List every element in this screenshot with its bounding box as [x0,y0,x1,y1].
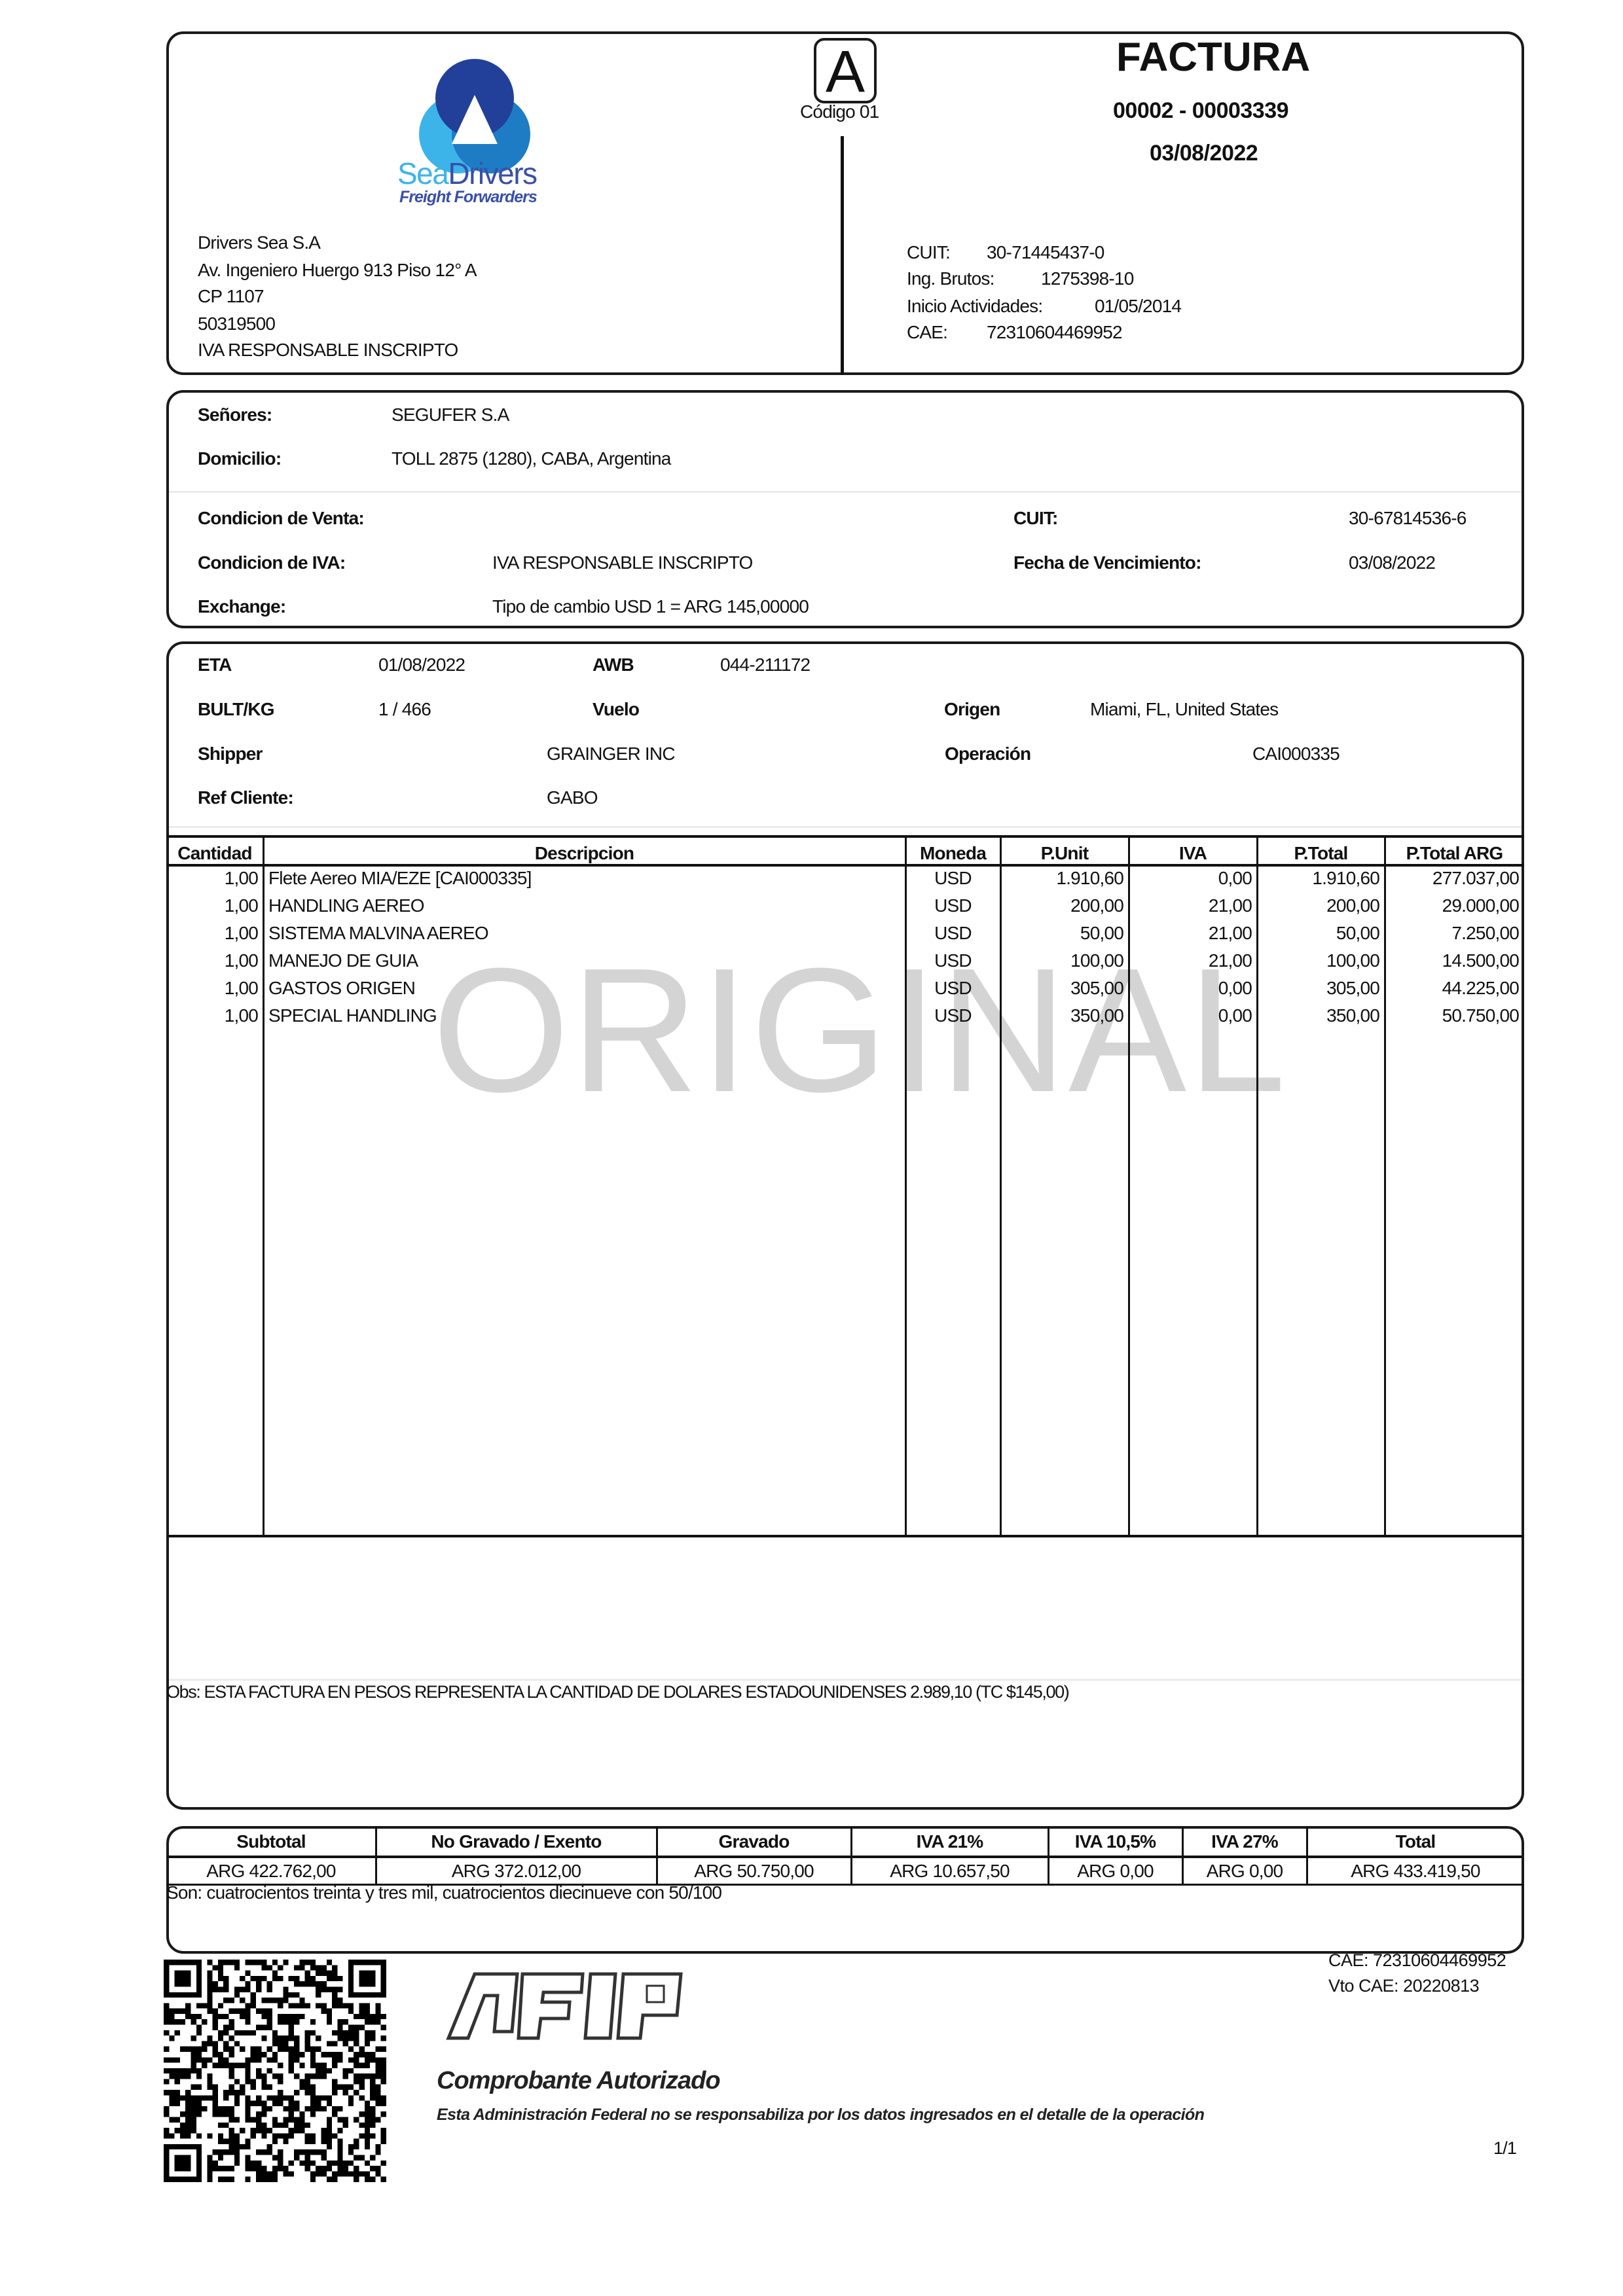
table-row-moneda: USD [905,1005,1000,1026]
bultkg-label: BULT/KG [198,699,274,720]
issuer-tax-condition: IVA RESPONSABLE INSCRIPTO [198,340,458,361]
logo-wordmark-sea: Sea [397,156,448,190]
page-number: 1/1 [1493,2138,1516,2159]
client-address: TOLL 2875 (1280), CABA, Argentina [392,448,671,469]
eta-label: ETA [198,655,232,675]
table-row-punit: 1.910,60 [1000,868,1123,889]
table-column-rule [263,835,264,1535]
condicion-iva-label: Condicion de IVA: [198,552,345,573]
issuer-name: Drivers Sea S.A [198,232,320,253]
footer-cae: CAE: 72310604469952 [1328,1950,1506,1971]
issuer-cuit: 30-71445437-0 [987,242,1104,263]
table-row-moneda: USD [905,923,1000,944]
exchange-label: Exchange: [198,596,285,617]
table-row-iva: 0,00 [1129,978,1252,999]
table-row-punit: 305,00 [1000,978,1123,999]
table-row-punit: 50,00 [1000,923,1123,944]
table-bottom-rule [166,1535,1524,1537]
table-row-ptotal: 305,00 [1257,978,1379,999]
shipment-separator [169,826,1522,828]
vuelo-label: Vuelo [593,699,639,720]
totals-value-total: ARG 433.419,50 [1307,1861,1524,1882]
client-separator [169,491,1522,493]
table-row-moneda: USD [905,895,1000,916]
column-header-iva: IVA [1129,843,1257,864]
client-section [166,390,1524,628]
column-header-ptotal-arg: P.Total ARG [1385,843,1524,864]
afip-logo-icon [439,1966,694,2045]
totals-value-iva-27: ARG 0,00 [1182,1861,1307,1882]
table-row-punit: 350,00 [1000,1005,1123,1026]
table-row-cantidad: 1,00 [166,950,258,971]
table-row-cantidad: 1,00 [166,978,258,999]
invoice-code: Código 01 [800,101,879,122]
table-row-cantidad: 1,00 [166,923,258,944]
table-row-punit: 100,00 [1000,950,1123,971]
issuer-cae: 72310604469952 [987,322,1122,343]
table-row-cantidad: 1,00 [166,895,258,916]
table-row-descripcion: SPECIAL HANDLING [268,1005,437,1026]
invoice-date: 03/08/2022 [1150,141,1258,166]
totals-value-subtotal: ARG 422.762,00 [166,1861,376,1882]
column-header-descripcion: Descripcion [263,843,905,864]
condicion-venta-label: Condicion de Venta: [198,508,364,529]
issuer-start-label: Inicio Actividades: [907,296,1042,317]
table-row-iva: 21,00 [1129,895,1252,916]
column-header-punit: P.Unit [1000,843,1129,864]
logo-wordmark: SeaDrivers [397,156,537,191]
table-row-punit: 200,00 [1000,895,1123,916]
table-row-iva: 21,00 [1129,950,1252,971]
invoice-title: FACTURA [1116,34,1310,81]
exchange-rate: Tipo de cambio USD 1 = ARG 145,00000 [492,596,809,617]
observations-separator [169,1679,1522,1681]
bultkg-value: 1 / 466 [378,699,431,720]
header-divider [841,136,844,375]
logo-wordmark-drivers: Drivers [448,156,536,190]
shipment-items-section [166,641,1524,1810]
eta-date: 01/08/2022 [378,655,465,675]
table-row-iva: 0,00 [1129,1005,1252,1026]
invoice-letter-badge: A [814,38,877,103]
totals-value-no-gravado: ARG 372.012,00 [376,1861,657,1882]
afip-disclaimer: Esta Administración Federal no se respon… [437,2106,1204,2125]
table-row-moneda: USD [905,950,1000,971]
issuer-phone: 50319500 [198,314,275,334]
total-in-words: Son: cuatrocientos treinta y tres mil, c… [166,1882,721,1903]
table-row-descripcion: HANDLING AEREO [268,895,424,916]
table-row-ptotal-arg: 14.500,00 [1385,950,1519,971]
vencimiento-date: 03/08/2022 [1349,552,1435,573]
table-row-cantidad: 1,00 [166,1005,258,1026]
operacion-value: CAI000335 [1252,744,1340,764]
table-row-ptotal-arg: 277.037,00 [1385,868,1519,889]
shipper-value: GRAINGER INC [547,744,675,764]
operacion-label: Operación [945,744,1030,764]
table-row-moneda: USD [905,868,1000,889]
table-header-rule [166,864,1524,867]
table-row-iva: 0,00 [1129,868,1252,889]
issuer-cuit-label: CUIT: [907,242,950,263]
column-header-ptotal: P.Total [1257,843,1385,864]
ref-cliente-value: GABO [547,787,598,808]
table-row-moneda: USD [905,978,1000,999]
vencimiento-label: Fecha de Vencimiento: [1013,552,1201,573]
observations-text: Obs: ESTA FACTURA EN PESOS REPRESENTA LA… [166,1682,1068,1702]
table-row-descripcion: GASTOS ORIGEN [268,978,415,999]
table-row-ptotal: 100,00 [1257,950,1379,971]
table-row-ptotal: 50,00 [1257,923,1379,944]
footer-vto-cae: Vto CAE: 20220813 [1328,1976,1479,1996]
table-row-iva: 21,00 [1129,923,1252,944]
table-row-cantidad: 1,00 [166,868,258,889]
issuer-iibb-label: Ing. Brutos: [907,268,994,289]
table-row-ptotal: 1.910,60 [1257,868,1379,889]
senores-label: Señores: [198,404,272,425]
domicilio-label: Domicilio: [198,448,281,469]
ref-cliente-label: Ref Cliente: [198,787,293,808]
client-cuit: 30-67814536-6 [1349,508,1467,529]
table-row-ptotal-arg: 7.250,00 [1385,923,1519,944]
issuer-iibb: 1275398-10 [1041,268,1133,289]
origen-label: Origen [944,699,1000,720]
shipper-label: Shipper [198,744,263,764]
issuer-address: Av. Ingeniero Huergo 913 Piso 12° A [198,260,477,281]
totals-header-no-gravado: No Gravado / Exento [376,1831,657,1852]
table-row-ptotal-arg: 50.750,00 [1385,1005,1519,1026]
origen-value: Miami, FL, United States [1090,699,1278,720]
client-name: SEGUFER S.A [392,404,509,425]
totals-value-iva-10-5: ARG 0,00 [1048,1861,1182,1882]
totals-header-gravado: Gravado [657,1831,851,1852]
totals-header-subtotal: Subtotal [166,1831,376,1852]
logo-tagline: Freight Forwarders [399,188,537,207]
table-row-ptotal-arg: 44.225,00 [1385,978,1519,999]
totals-header-total: Total [1307,1831,1524,1852]
table-row-ptotal: 200,00 [1257,895,1379,916]
column-header-cantidad: Cantidad [166,843,263,864]
table-row-descripcion: Flete Aereo MIA/EZE [CAI000335] [268,868,532,889]
totals-header-iva-10-5: IVA 10,5% [1048,1831,1182,1852]
totals-header-rule [166,1856,1522,1858]
comprobante-autorizado: Comprobante Autorizado [437,2067,720,2095]
totals-header-iva-27: IVA 27% [1182,1831,1307,1852]
issuer-postal-code: CP 1107 [198,286,264,307]
awb-label: AWB [593,655,634,675]
table-row-descripcion: SISTEMA MALVINA AEREO [268,923,488,944]
table-row-ptotal: 350,00 [1257,1005,1379,1026]
issuer-start-date: 01/05/2014 [1095,296,1181,317]
totals-value-iva-21: ARG 10.657,50 [851,1861,1048,1882]
invoice-number: 00002 - 00003339 [1113,98,1288,124]
condicion-iva: IVA RESPONSABLE INSCRIPTO [492,552,753,573]
totals-header-iva-21: IVA 21% [851,1831,1048,1852]
qr-code-icon [164,1960,386,2182]
client-cuit-label: CUIT: [1013,508,1058,529]
column-header-moneda: Moneda [905,843,1000,864]
totals-value-gravado: ARG 50.750,00 [657,1861,851,1882]
issuer-cae-label: CAE: [907,322,947,343]
table-row-ptotal-arg: 29.000,00 [1385,895,1519,916]
table-row-descripcion: MANEJO DE GUIA [268,950,418,971]
awb-number: 044-211172 [720,655,810,675]
table-top-rule [166,835,1524,838]
